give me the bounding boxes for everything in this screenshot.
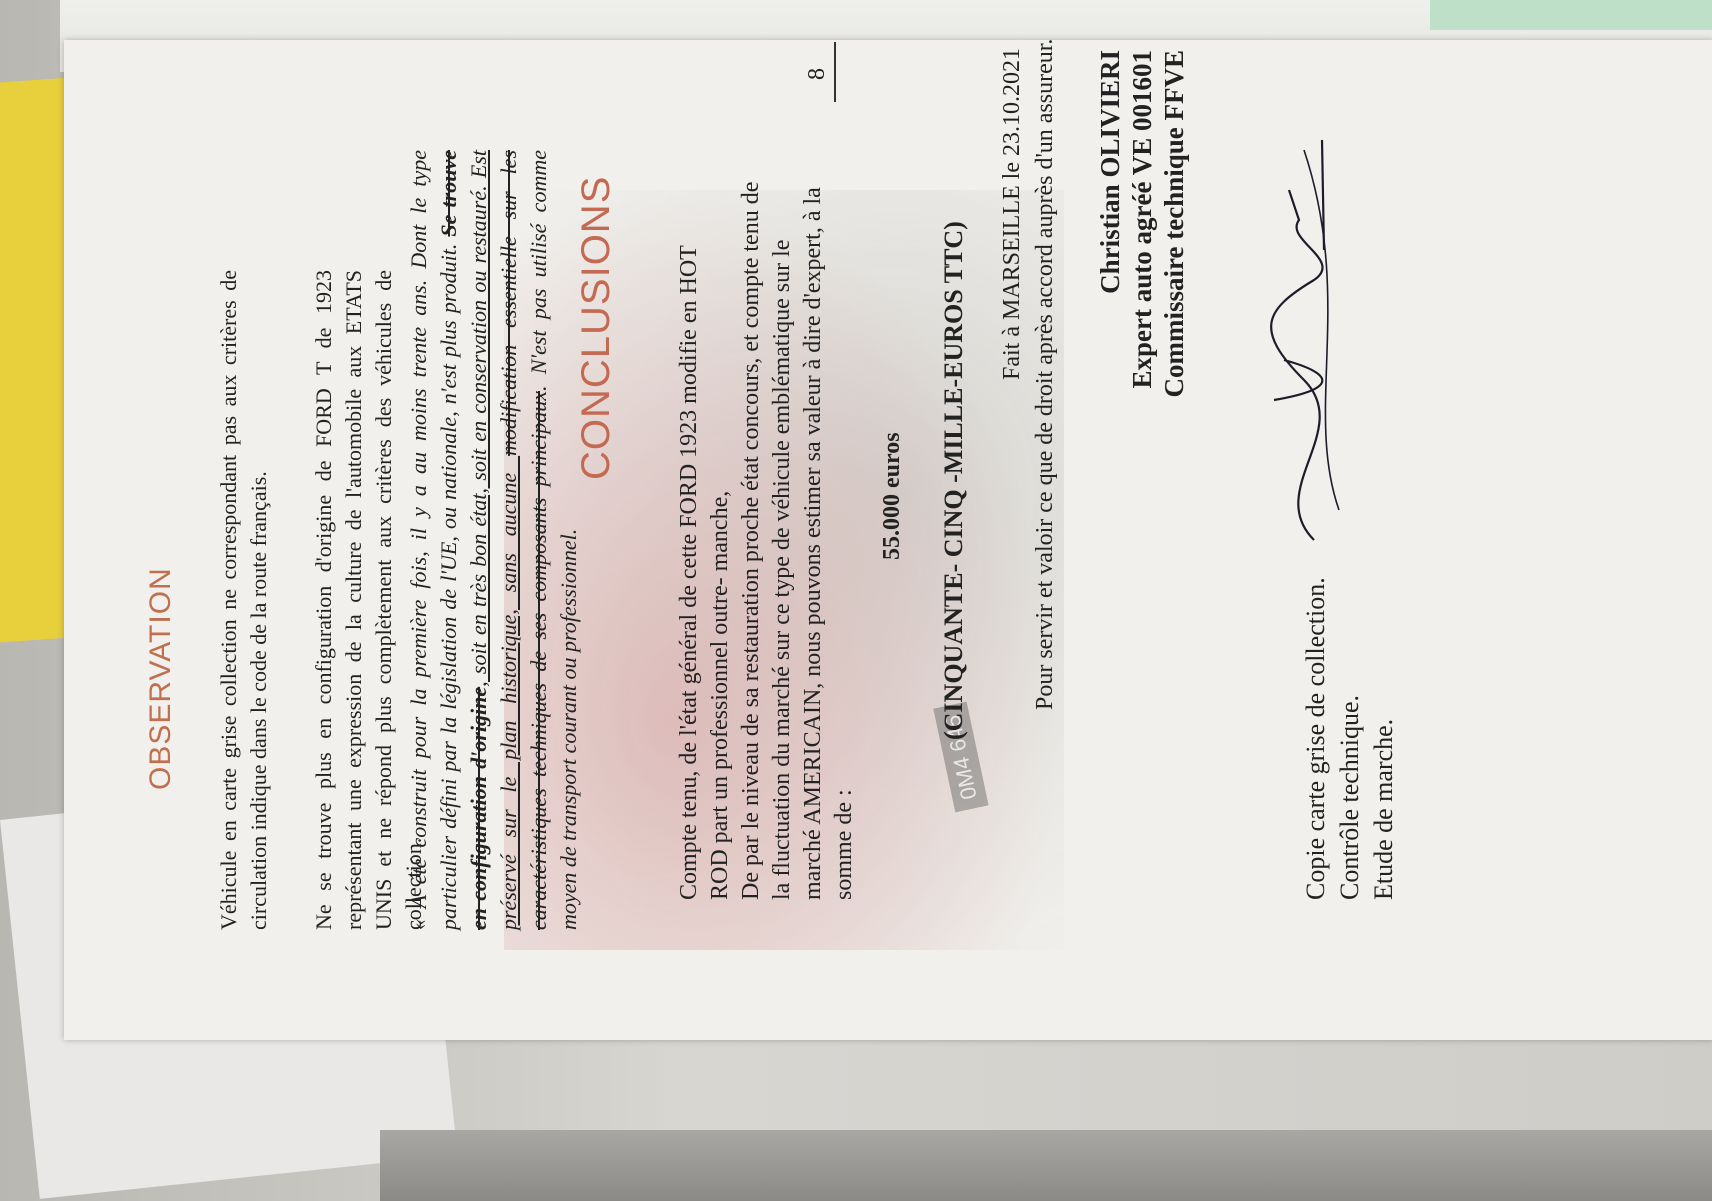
conclusions-line: la fluctuation du marché sur ce type de …: [767, 150, 798, 900]
signatory-name: Christian OLIVIERI: [1094, 50, 1126, 450]
conclusions-line: De par le niveau de sa restauration proc…: [736, 150, 767, 900]
attachments-list: Copie carte grise de collection. Contrôl…: [1299, 577, 1401, 900]
place-and-date: Fait à MARSEILLE le 23.10.2021: [999, 48, 1026, 380]
attachment-item: Etude de marche.: [1367, 577, 1401, 900]
attachment-item: Copie carte grise de collection.: [1299, 577, 1333, 900]
conclusions-line: somme de :: [829, 150, 860, 900]
signatory-role: Commissaire technique FFVE: [1158, 50, 1190, 450]
page-number-rule: [834, 42, 836, 102]
quote-part-1: « A été construit pour la première fois,…: [406, 150, 461, 930]
page-number: 8: [804, 68, 831, 80]
disclaimer: Pour servir et valoir ce que de droit ap…: [1032, 40, 1059, 710]
signatory-block: Christian OLIVIERI Expert auto agréé VE …: [1094, 50, 1190, 450]
estimated-value-in-words: (CINQUANTE- CINQ -MILLE-EUROS TTC): [939, 221, 969, 740]
collection-vehicle-definition-quote: « A été construit pour la première fois,…: [404, 150, 584, 930]
observation-heading: OBSERVATION: [144, 567, 178, 790]
attachment-item: Contrôle technique.: [1333, 577, 1367, 900]
document-page: 0M4 645 OBSERVATION Véhicule en carte gr…: [64, 40, 1712, 1040]
conclusions-line: Compte tenu, de l'état général de cette …: [674, 150, 705, 900]
yellow-folder-edge: [0, 78, 70, 643]
handwritten-signature-icon: [1244, 130, 1364, 550]
conclusions-line: marché AMERICAIN, nous pouvons estimer s…: [798, 150, 829, 900]
page-wrapper: 0M4 645 OBSERVATION Véhicule en carte gr…: [64, 40, 1712, 1150]
signatory-accreditation: Expert auto agréé VE 001601: [1126, 50, 1158, 450]
observation-paragraph-1: Véhicule en carte grise collection ne co…: [214, 270, 274, 930]
green-folder-edge: [1430, 0, 1712, 30]
estimated-value: 55.000 euros: [879, 432, 906, 560]
photo-scene: 0M4 645 OBSERVATION Véhicule en carte gr…: [0, 0, 1712, 1201]
conclusions-text: Compte tenu, de l'état général de cette …: [674, 150, 860, 900]
conclusions-line: ROD part un professionnel outre- manche,: [705, 150, 736, 900]
conclusions-heading: CONCLUSIONS: [574, 176, 619, 480]
